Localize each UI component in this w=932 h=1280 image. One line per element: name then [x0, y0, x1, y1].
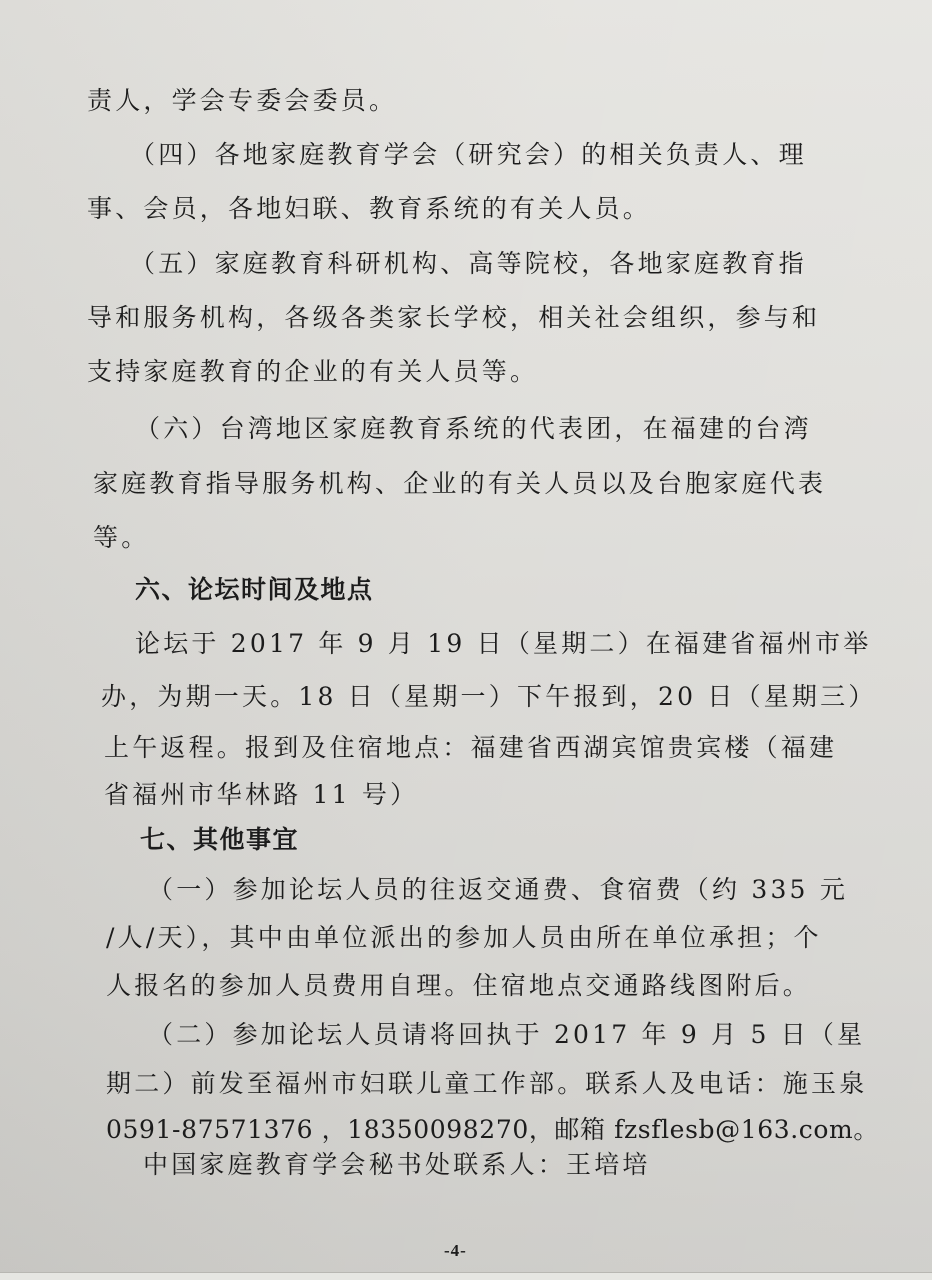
section-heading-7: 七、其他事宜	[140, 825, 299, 855]
list-item-4-start: （四）各地家庭教育学会（研究会）的相关负责人、理	[130, 140, 807, 170]
list-item-5-start: （五）家庭教育科研机构、高等院校，各地家庭教育指	[130, 249, 807, 279]
list-item-6-start: （六）台湾地区家庭教育系统的代表团，在福建的台湾	[135, 414, 812, 444]
text-line-continuation: 责人，学会专委会委员。	[87, 86, 397, 116]
list-item-4-cont: 事、会员，各地妇联、教育系统的有关人员。	[87, 194, 651, 224]
item-1-start: （一）参加论坛人员的往返交通费、食宿费（约 335 元	[148, 875, 848, 905]
page-bottom-edge	[0, 1272, 932, 1280]
item-1-end: 人报名的参加人员费用自理。住宿地点交通路线图附后。	[106, 971, 811, 1001]
paragraph-location-2: 省福州市华林路 11 号）	[104, 780, 418, 810]
paragraph-time-2: 办，为期一天。18 日（星期一）下午报到，20 日（星期三）	[101, 682, 877, 712]
list-item-5-end: 支持家庭教育的企业的有关人员等。	[87, 357, 538, 387]
list-item-6-end: 等。	[93, 523, 149, 553]
paragraph-location-1: 上午返程。报到及住宿地点：福建省西湖宾馆贵宾楼（福建	[104, 733, 837, 763]
document-page: 责人，学会专委会委员。 （四）各地家庭教育学会（研究会）的相关负责人、理 事、会…	[0, 0, 932, 1272]
contact-phone-email: 0591-87571376 ，18350098270，邮箱 fzsflesb@1…	[106, 1115, 879, 1145]
item-1-cont: /人/天），其中由单位派出的参加人员由所在单位承担；个	[106, 923, 822, 953]
paragraph-time-1: 论坛于 2017 年 9 月 19 日（星期二）在福建省福州市举	[135, 629, 871, 659]
section-heading-6: 六、论坛时间及地点	[135, 575, 374, 605]
item-2-start: （二）参加论坛人员请将回执于 2017 年 9 月 5 日（星	[148, 1020, 865, 1050]
item-2-cont: 期二）前发至福州市妇联儿童工作部。联系人及电话：施玉泉	[106, 1069, 867, 1099]
list-item-5-cont: 导和服务机构，各级各类家长学校，相关社会组织，参与和	[87, 303, 820, 333]
list-item-6-cont: 家庭教育指导服务机构、企业的有关人员以及台胞家庭代表	[93, 469, 826, 499]
secretariat-contact: 中国家庭教育学会秘书处联系人：王培培	[143, 1150, 651, 1180]
page-number: -4-	[444, 1241, 467, 1261]
